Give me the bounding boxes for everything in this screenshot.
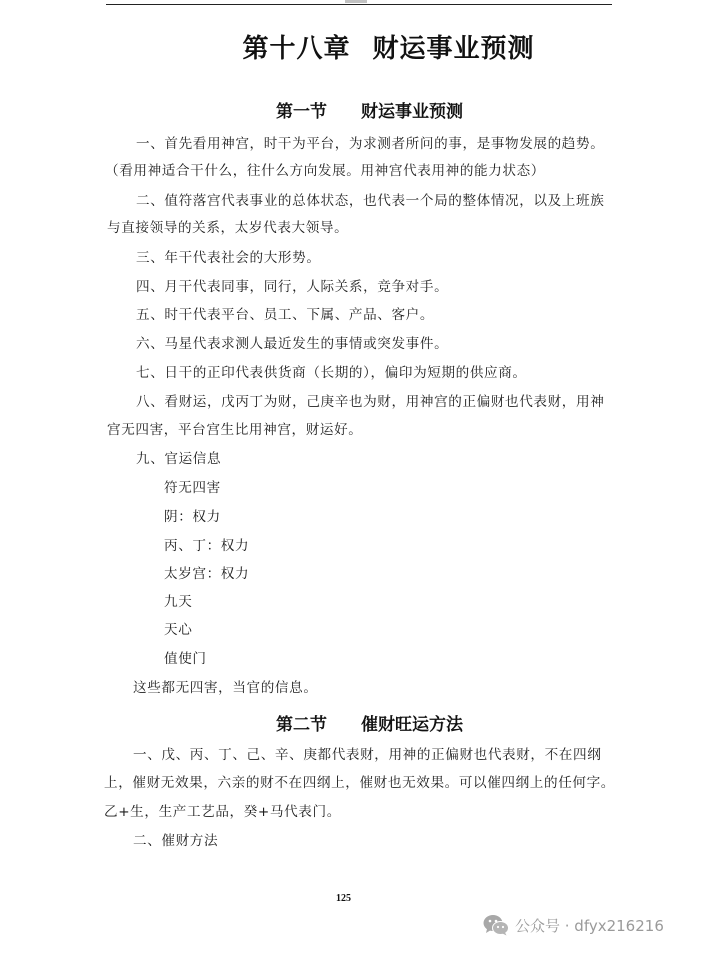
list-item: 丙、丁：权力 <box>164 540 249 554</box>
paragraph-line: 这些都无四害，当官的信息。 <box>133 682 318 696</box>
section-name: 财运事业预测 <box>361 102 463 122</box>
paragraph-line: 乙+生，生产工艺品，癸+马代表门。 <box>104 806 341 820</box>
chapter-title: 第十八章财运事业预测 <box>0 28 709 65</box>
paragraph-line: 八、看财运，戊丙丁为财，己庚辛也为财，用神宫的正偏财也代表财，用神 <box>136 396 604 410</box>
section-title-1: 第一节财运事业预测 <box>0 97 709 122</box>
list-item: 天心 <box>164 624 192 638</box>
paragraph-line: 七、日干的正印代表供货商（长期的），偏印为短期的供应商。 <box>136 367 527 381</box>
section-title-2: 第二节催财旺运方法 <box>0 710 709 735</box>
list-item: 阴：权力 <box>164 511 221 525</box>
wechat-icon <box>483 914 509 936</box>
header-rule <box>106 4 612 5</box>
paragraph-line: 与直接领导的关系，太岁代表大领导。 <box>107 222 348 236</box>
list-item: 符无四害 <box>164 482 221 496</box>
section-number: 第一节 <box>276 102 327 122</box>
page-number: 125 <box>336 893 351 904</box>
paragraph-line: 一、首先看用神宫，时干为平台，为求测者所问的事，是事物发展的趋势。 <box>136 138 604 152</box>
paragraph-line: 四、月干代表同事，同行，人际关系，竞争对手。 <box>136 281 448 295</box>
watermark: 公众号 · dfyx216216 <box>483 914 664 936</box>
list-item: 值使门 <box>164 653 207 667</box>
chapter-number: 第十八章 <box>242 34 350 64</box>
paragraph-line: 三、年干代表社会的大形势。 <box>136 252 321 266</box>
list-heading: 九、官运信息 <box>136 453 221 467</box>
section-name: 催财旺运方法 <box>361 715 463 735</box>
watermark-label: 公众号 · dfyx216216 <box>515 915 664 936</box>
paragraph-line: 上，催财无效果，六亲的财不在四纲上，催财也无效果。可以催四纲上的任何字。 <box>104 777 615 791</box>
running-header-fragment <box>345 0 367 3</box>
paragraph-line: 一、戊、丙、丁、己、辛、庚都代表财，用神的正偏财也代表财，不在四纲 <box>133 749 601 763</box>
chapter-name: 财运事业预测 <box>373 34 535 64</box>
section-number: 第二节 <box>276 715 327 735</box>
paragraph-line: 六、马星代表求测人最近发生的事情或突发事件。 <box>136 338 448 352</box>
paragraph-line: 五、时干代表平台、员工、下属、产品、客户。 <box>136 309 434 323</box>
list-item: 九天 <box>164 596 192 610</box>
list-item: 太岁宫：权力 <box>164 568 249 582</box>
paragraph-line: 宫无四害，平台宫生比用神宫，财运好。 <box>107 424 363 438</box>
paragraph-line: 二、值符落宫代表事业的总体状态，也代表一个局的整体情况，以及上班族 <box>136 195 604 209</box>
paragraph-line: （看用神适合干什么，往什么方向发展。用神宫代表用神的能力状态） <box>105 165 545 179</box>
paragraph-line: 二、催财方法 <box>133 835 218 849</box>
